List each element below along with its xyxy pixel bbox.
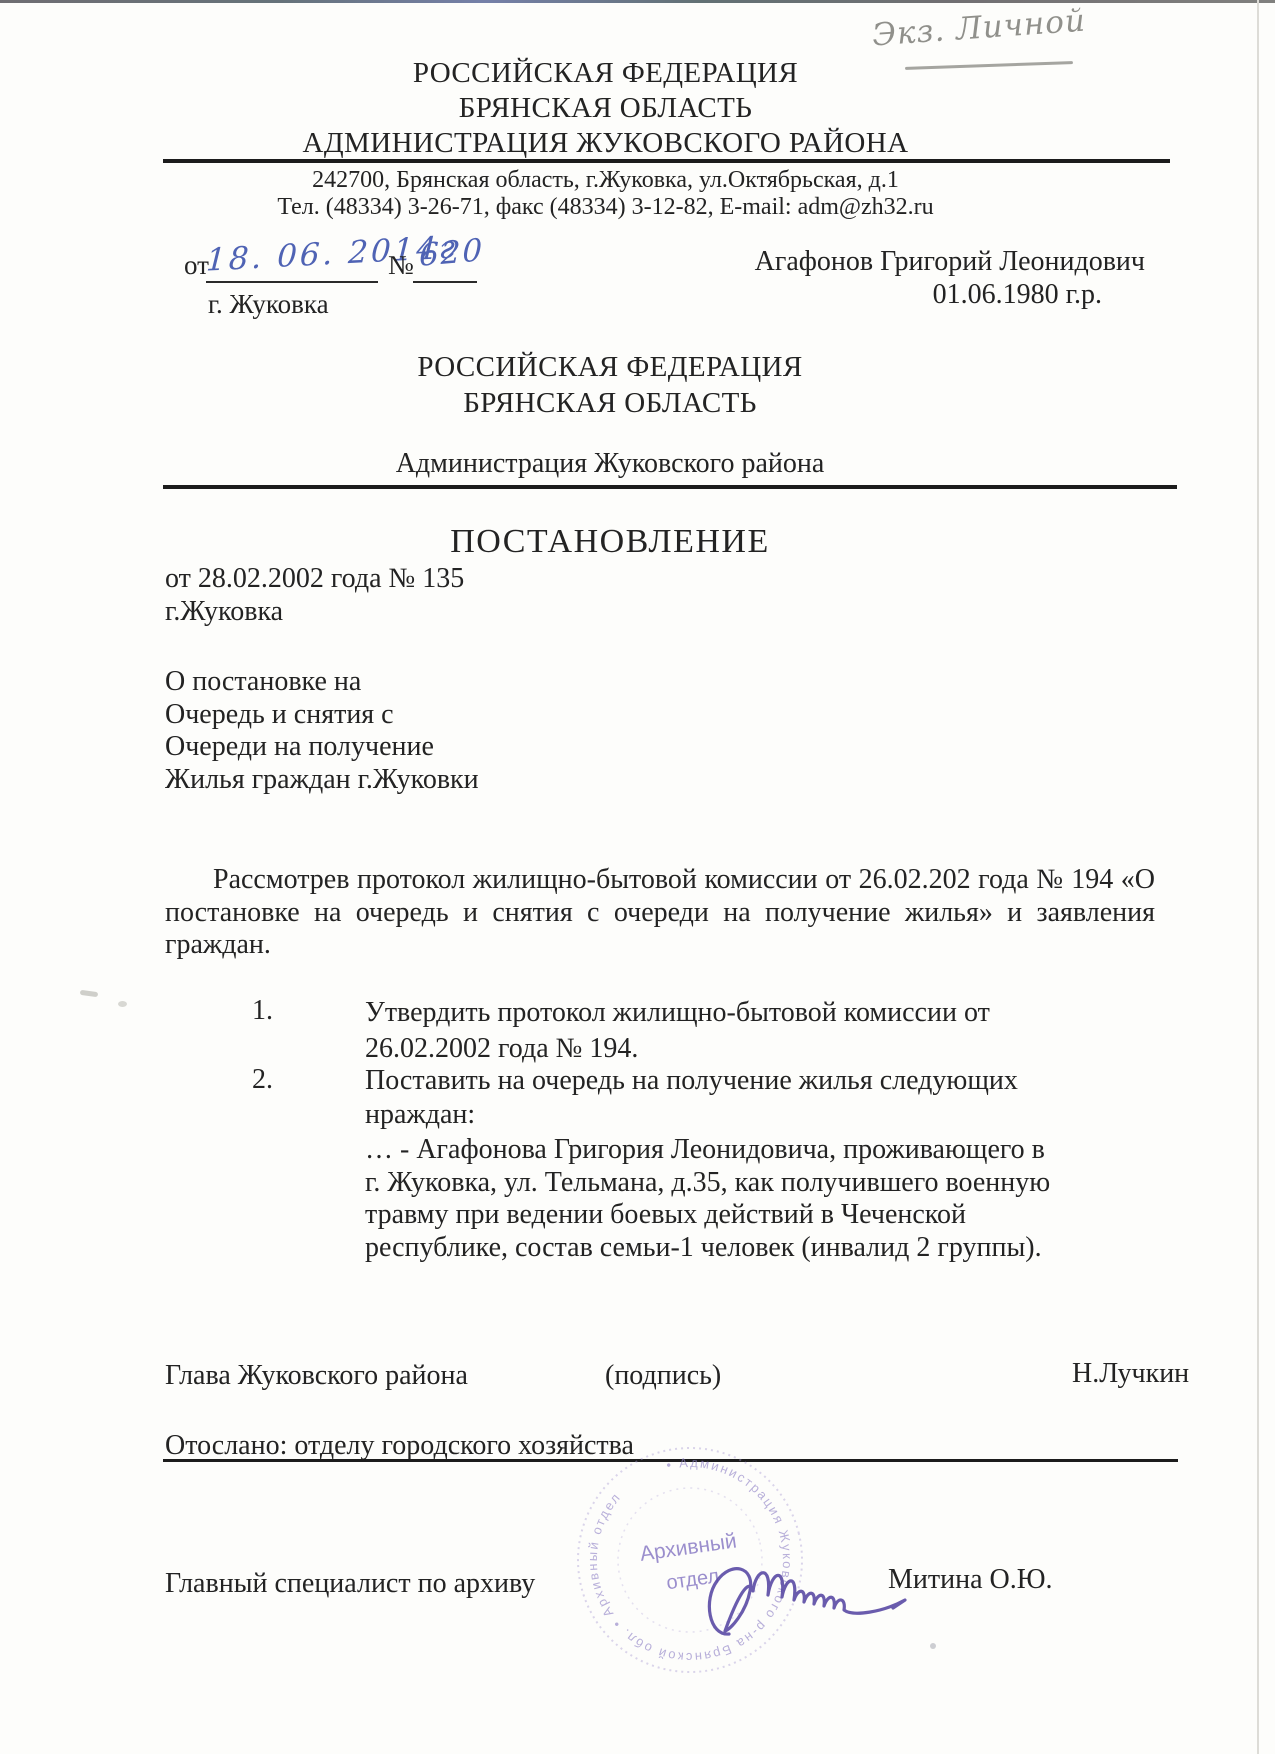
subject-line: Очереди на получение [165,731,479,764]
addressee-birthdate: 01.06.1980 г.р. [660,279,1102,311]
resolution-subject: О постановке на Очередь и снятия с Очере… [165,666,479,796]
addressee-name: Агафонов Григорий Леонидович [660,246,1145,278]
resolution-date-number: от 28.02.2002 года № 135 [165,563,464,595]
letterhead-organization: АДМИНИСТРАЦИЯ ЖУКОВСКОГО РАЙОНА [138,126,1073,161]
handwritten-copy-note: Экз. Личной [871,3,1087,54]
letterhead-contacts: Тел. (48334) 3-26-71, факс (48334) 3-12-… [138,194,1073,221]
scanned-document-page: Экз. Личной РОССИЙСКАЯ ФЕДЕРАЦИЯ БРЯНСКА… [0,0,1275,1754]
heading-region: БРЯНСКАЯ ОБЛАСТЬ [110,385,1110,421]
scan-right-edge-line [1257,0,1259,1754]
subject-line: Очередь и снятия с [165,699,479,732]
resolution-preamble: Рассмотрев протокол жилищно-бытовой коми… [165,864,1155,962]
archivist-title: Главный специалист по архиву [165,1568,535,1600]
head-name: Н.Лучкин [1072,1358,1189,1390]
item-text: Утвердить протокол жилищно-бытовой комис… [365,995,1045,1067]
scan-speck [80,990,99,997]
letterhead-contacts-block: 242700, Брянская область, г.Жуковка, ул.… [138,167,1073,221]
resolution-title: ПОСТАНОВЛЕНИЕ [110,523,1110,561]
heading-divider-rule [163,485,1177,489]
letterhead-country: РОССИЙСКАЯ ФЕДЕРАЦИЯ [138,56,1073,91]
letterhead: РОССИЙСКАЯ ФЕДЕРАЦИЯ БРЯНСКАЯ ОБЛАСТЬ АД… [138,56,1073,161]
subject-line: Жилья граждан г.Жуковки [165,764,479,797]
resolution-city: г.Жуковка [165,596,283,628]
signature-placeholder: (подпись) [605,1360,721,1392]
heading-country: РОССИЙСКАЯ ФЕДЕРАЦИЯ [110,349,1110,385]
number-blank-underline [413,281,477,283]
letterhead-address: 242700, Брянская область, г.Жуковка, ул.… [138,167,1073,194]
item-detail: … - Агафонова Григория Леонидовича, прож… [365,1134,1060,1264]
head-title: Глава Жуковского района [165,1360,468,1392]
item-text: Поставить на очередь на получение жилья … [365,1064,1045,1132]
item-number: 1. [252,995,273,1027]
archivist-name: Митина О.Ю. [888,1564,1053,1596]
outgoing-number-label: № [388,250,414,281]
letterhead-region: БРЯНСКАЯ ОБЛАСТЬ [138,91,1073,126]
document-heading: РОССИЙСКАЯ ФЕДЕРАЦИЯ БРЯНСКАЯ ОБЛАСТЬ [110,349,1110,421]
handwritten-outgoing-number: 620 [419,232,485,274]
item-number: 2. [252,1064,273,1096]
date-blank-underline [206,281,378,283]
letterhead-divider-rule [163,159,1170,163]
heading-organization: Администрация Жуковского района [110,448,1110,480]
scan-speck [118,1001,127,1007]
subject-line: О постановке на [165,666,479,699]
outgoing-city: г. Жуковка [208,289,329,320]
